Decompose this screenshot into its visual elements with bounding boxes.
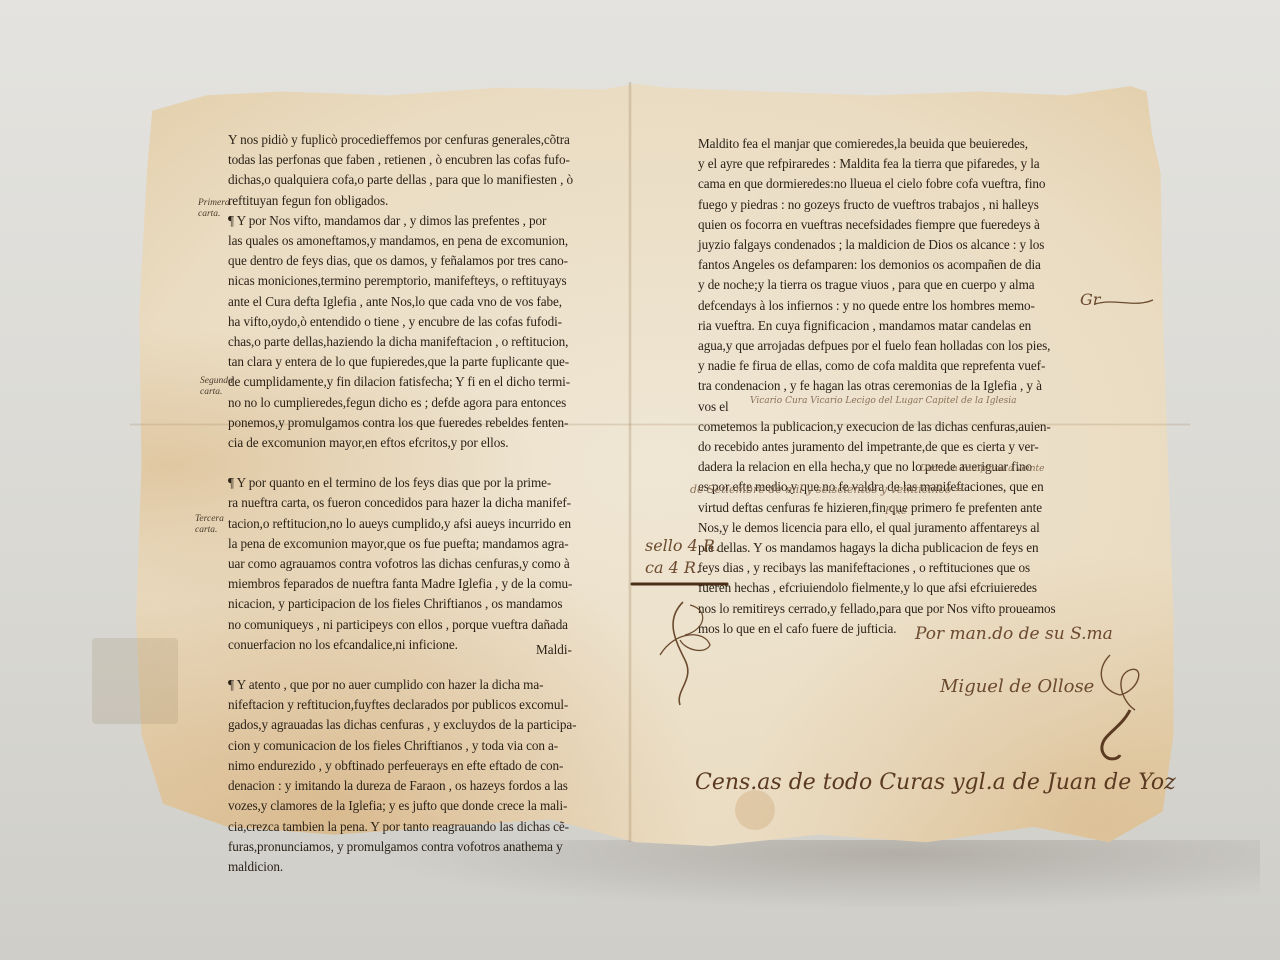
text-line: ria vueftra. En cuya fignificacion , man… xyxy=(698,316,1038,336)
handwritten-fee-ca: ca 4 R. xyxy=(645,558,701,577)
text-line: vozes,y clamores de la Iglefia; y es juf… xyxy=(228,796,588,816)
text-line: gados,y agrauadas las dichas cenfuras , … xyxy=(228,715,588,735)
flourish-icon xyxy=(1095,296,1155,310)
text-line: fantos Angeles os defamparen: los demoni… xyxy=(698,255,1038,275)
paragraph-segunda-carta: ¶ Y por quanto en el termino de los feys… xyxy=(228,473,588,655)
handwritten-signature-name: Miguel de Ollose xyxy=(940,676,1094,697)
text-line: juyzio falgays condenados ; la maldicion… xyxy=(698,235,1038,255)
paragraph-primera-carta: ¶ Y por Nos vifto, mandamos dar , y dimo… xyxy=(228,211,588,453)
text-line: y nadie fe firua de ellas, como de cofa … xyxy=(698,356,1038,376)
handwritten-date-line: de Setiembre de mil y seiscientos y vein… xyxy=(690,483,964,496)
text-line: ha vifto,oydo,ò entendido o tiene , y en… xyxy=(228,312,588,332)
paper-stain xyxy=(92,638,178,724)
text-line: fuego y piedras : no gozeys fructo de vu… xyxy=(698,195,1038,215)
underline-stroke-icon xyxy=(632,580,732,588)
text-line: ponemos,y promulgamos contra los que fue… xyxy=(228,413,588,433)
text-line: fueren hechas , efcriuiendolo fielmente,… xyxy=(698,578,1038,598)
text-line: virtud deftas cenfuras fe hizieren,fin q… xyxy=(698,498,1038,518)
text-line: pie dellas. Y os mandamos hagays la dich… xyxy=(698,538,1038,558)
paragraph-tercera-carta: ¶ Y atento , que por no auer cumplido co… xyxy=(228,675,588,877)
text-line: Maldito fea el manjar que comieredes,la … xyxy=(698,134,1038,154)
text-line: que dentro de feys dias, que os damos, y… xyxy=(228,251,588,271)
text-line: nicacion, y participacion de los fieles … xyxy=(228,594,588,614)
text-line: agua,y que arrojadas defpues por el fuel… xyxy=(698,336,1038,356)
text-line: cion y comunicacion de los fieles Chrift… xyxy=(228,736,588,756)
text-line: do recebido antes juramento del impetran… xyxy=(698,437,1038,457)
water-stain xyxy=(735,790,775,830)
handwritten-bottom-line: Cens.as de todo Curas ygl.a de Juan de Y… xyxy=(695,770,1176,795)
margin-note-tercera: Tercera carta. xyxy=(195,514,235,536)
text-line: ¶ Y por Nos vifto, mandamos dar , y dimo… xyxy=(228,211,588,231)
text-line: uar como agrauamos contra vofotros las d… xyxy=(228,554,588,574)
text-line: furas,pronunciamos, y promulgamos contra… xyxy=(228,837,588,857)
text-line: ante el Cura defta Iglefia , ante Nos,lo… xyxy=(228,292,588,312)
text-line: quien os focorra en vueftras necefsidade… xyxy=(698,215,1038,235)
text-line: dichas,o qualquiera cofa,o parte dellas … xyxy=(228,170,588,190)
handwritten-fee-sello: sello 4 R. xyxy=(645,536,720,555)
text-line: maldicion. xyxy=(228,857,588,877)
text-line: defcendays à los infiernos : y no quede … xyxy=(698,296,1038,316)
text-line: no no lo cumplieredes,fegun dicho es ; d… xyxy=(228,393,588,413)
text-line: conuerfacion no los efcandalice,ni infic… xyxy=(228,635,588,655)
catchword: Maldi- xyxy=(536,642,572,658)
text-line: reftituyan fegun fon obligados. xyxy=(228,191,588,211)
text-line: todas las perfonas que faben , retienen … xyxy=(228,150,588,170)
text-line: denacion : y imitando la dureza de Farao… xyxy=(228,776,588,796)
text-line: y el ayre que refpiraredes : Maldita fea… xyxy=(698,154,1038,174)
text-line: nifeftacion y reftitucion,fuyftes declar… xyxy=(228,695,588,715)
text-line: ¶ Y por quanto en el termino de los feys… xyxy=(228,473,588,493)
rubric-mark-icon xyxy=(655,600,725,710)
text-line: chas,o parte dellas,haziendo la dicha ma… xyxy=(228,332,588,352)
text-line: las quales os amoneftamos,y mandamos, en… xyxy=(228,231,588,251)
text-line: la pena de excomunion mayor,que os fue p… xyxy=(228,534,588,554)
handwritten-inline-fill: Vicario Cura Vicario Lecigo del Lugar Ca… xyxy=(750,396,1017,406)
text-line: tra condenacion , y fe hagan las otras c… xyxy=(698,376,1038,396)
margin-note-primera: Primera carta. xyxy=(198,198,238,220)
text-line: ra nueftra carta, os fueron concedidos p… xyxy=(228,493,588,513)
handwritten-fixe: Fixe xyxy=(885,506,907,517)
text-line: cometemos la publicacion,y execucion de … xyxy=(698,417,1038,437)
vertical-fold-crease xyxy=(628,82,632,842)
text-line: Y nos pidiò y fuplicò procedieffemos por… xyxy=(228,130,588,150)
right-page-text: Maldito fea el manjar que comieredes,la … xyxy=(698,134,1038,639)
text-line: no comuniqueys , ni participeys con ello… xyxy=(228,615,588,635)
text-line: ¶ Y atento , que por no auer cumplido co… xyxy=(228,675,588,695)
text-line: y de noche;y la tierra os trague viuos ,… xyxy=(698,275,1038,295)
signature-rubric-icon xyxy=(1090,650,1150,770)
text-line: cia,crezca tambien la pena. Y por tanto … xyxy=(228,817,588,837)
text-line: miembros feparados de nueftra fanta Madr… xyxy=(228,574,588,594)
text-line: de cumplidamente,y fin dilacion fatisfec… xyxy=(228,372,588,392)
handwritten-dated-at: Dada en Pamplona a veinte xyxy=(920,464,1044,474)
margin-note-segunda: Segunda carta. xyxy=(200,376,240,398)
text-line: nos lo remitireys cerrado,y fellado,para… xyxy=(698,599,1038,619)
text-line: cama en que dormieredes:no llueua el cie… xyxy=(698,174,1038,194)
text-line: tacion,o reftitucion,no lo aueys cumplid… xyxy=(228,514,588,534)
text-line: feys dias , y recibays las manifeftacion… xyxy=(698,558,1038,578)
text-line: nimo endurezido , y obftinado perfeueray… xyxy=(228,756,588,776)
text-line: cia de excomunion mayor,en eftos efcrito… xyxy=(228,433,588,453)
handwritten-signature-order: Por man.do de su S.ma xyxy=(915,624,1113,644)
text-line: tan clara y entera de lo que fupieredes,… xyxy=(228,352,588,372)
text-line: Nos,y le demos licencia para ello, el qu… xyxy=(698,518,1038,538)
text-line: nicas moniciones,termino peremptorio, ma… xyxy=(228,271,588,291)
paragraph-intro: Y nos pidiò y fuplicò procedieffemos por… xyxy=(228,130,588,211)
left-page-text: Y nos pidiò y fuplicò procedieffemos por… xyxy=(228,130,588,877)
